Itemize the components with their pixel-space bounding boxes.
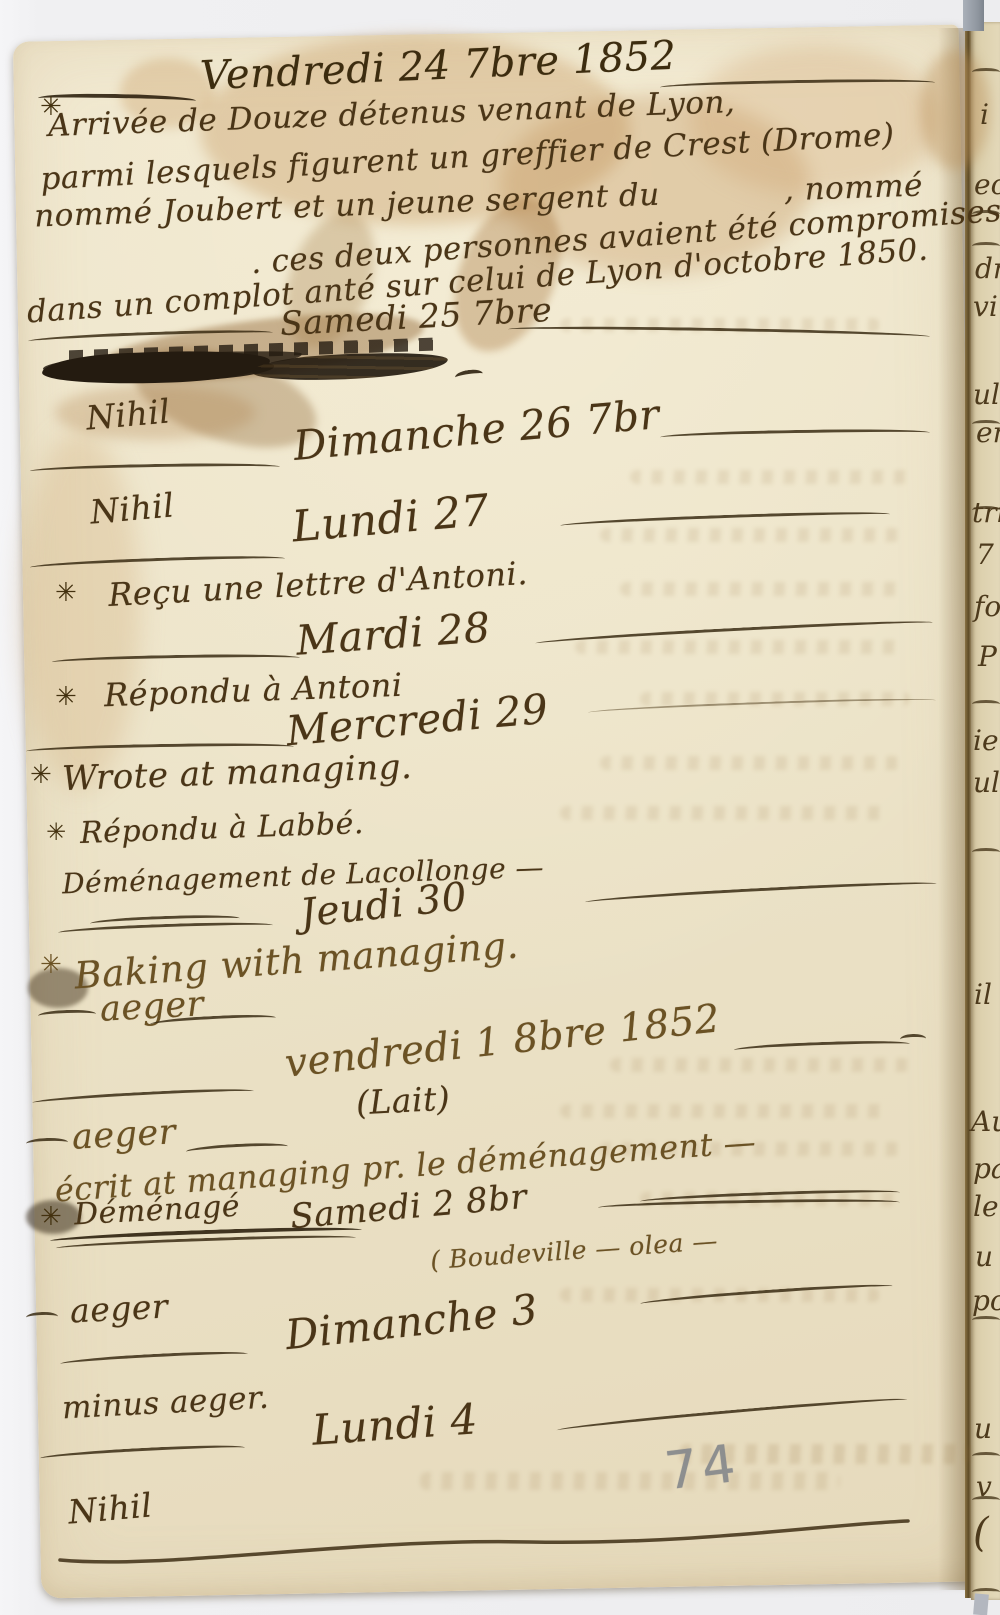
- entry-nihil-2: Nihil: [89, 488, 176, 528]
- next-page-text-fragment: er: [976, 416, 1000, 449]
- asterisk-mark: ✳: [55, 682, 77, 712]
- next-page-text-fragment: (: [973, 1510, 989, 1556]
- bleedthrough-text: [560, 806, 890, 820]
- next-page-rule: [972, 700, 1000, 708]
- next-page-text-fragment: Au: [971, 1105, 1000, 1138]
- asterisk-mark: ✳: [40, 950, 62, 980]
- next-page-rule: [972, 1316, 1000, 1324]
- next-page-text-fragment: ec: [974, 168, 1000, 201]
- bleedthrough-text: [600, 756, 900, 770]
- next-page-rule: [972, 1588, 1000, 1596]
- bleedthrough-text: [420, 1472, 840, 1490]
- pencil-page-number: 74: [662, 1434, 743, 1503]
- next-page-text-fragment: u: [974, 1412, 992, 1445]
- bottom-edge-mark: [973, 1593, 989, 1615]
- next-page-text-fragment: 7: [976, 538, 994, 571]
- bleedthrough-text: [620, 582, 900, 596]
- next-page-text-fragment: P: [978, 640, 997, 673]
- next-page-text-fragment: tri: [972, 496, 1000, 529]
- bookmark-ribbon: [963, 0, 984, 31]
- next-page-rule: [972, 848, 1000, 856]
- bleedthrough-text: [610, 1058, 910, 1072]
- next-page-rule: [972, 68, 1000, 76]
- next-page-text-fragment: v: [976, 1470, 992, 1503]
- asterisk-mark: ✳: [30, 760, 52, 790]
- bleedthrough-text: [560, 1104, 890, 1118]
- next-page-text-fragment: le: [973, 1190, 999, 1223]
- asterisk-mark: ✳: [40, 1202, 62, 1232]
- asterisk-mark: ✳: [55, 578, 77, 608]
- next-page-text-fragment: pa: [973, 1152, 1000, 1185]
- binding-gutter-line: [965, 24, 971, 1598]
- next-page-text-fragment: u: [975, 1240, 993, 1273]
- entry-aeger-3: aeger: [69, 1289, 169, 1327]
- next-page-text-fragment: po: [972, 1284, 1000, 1317]
- heading-lundi-4: Lundi 4: [311, 1398, 479, 1451]
- next-page-text-fragment: i: [980, 98, 989, 131]
- next-page-text-fragment: fo: [974, 590, 1000, 623]
- bleedthrough-text: [630, 470, 910, 484]
- entry-lait: (Lait): [355, 1082, 451, 1120]
- next-page-rule: [972, 210, 1000, 218]
- entry-aeger-2: aeger: [71, 1115, 177, 1155]
- next-page-rule: [972, 242, 1000, 250]
- next-page-text-fragment: vi: [973, 290, 998, 323]
- asterisk-mark: ✳: [46, 818, 66, 846]
- next-page-rule: [972, 1452, 1000, 1460]
- next-page-text-fragment: ul: [973, 766, 1000, 799]
- entry-demenage: Déménagé: [73, 1192, 241, 1231]
- next-page-text-fragment: ul: [973, 378, 1000, 411]
- entry-nihil-1: Nihil: [85, 394, 172, 434]
- next-page-text-fragment: dr: [975, 252, 1000, 285]
- bleedthrough-text: [600, 528, 900, 542]
- next-page-text-fragment: il: [974, 978, 992, 1011]
- page-gutter-shadow: [938, 28, 966, 1590]
- ink-rule-wavy: [50, 1512, 920, 1572]
- next-page-text-fragment: ie: [973, 724, 999, 757]
